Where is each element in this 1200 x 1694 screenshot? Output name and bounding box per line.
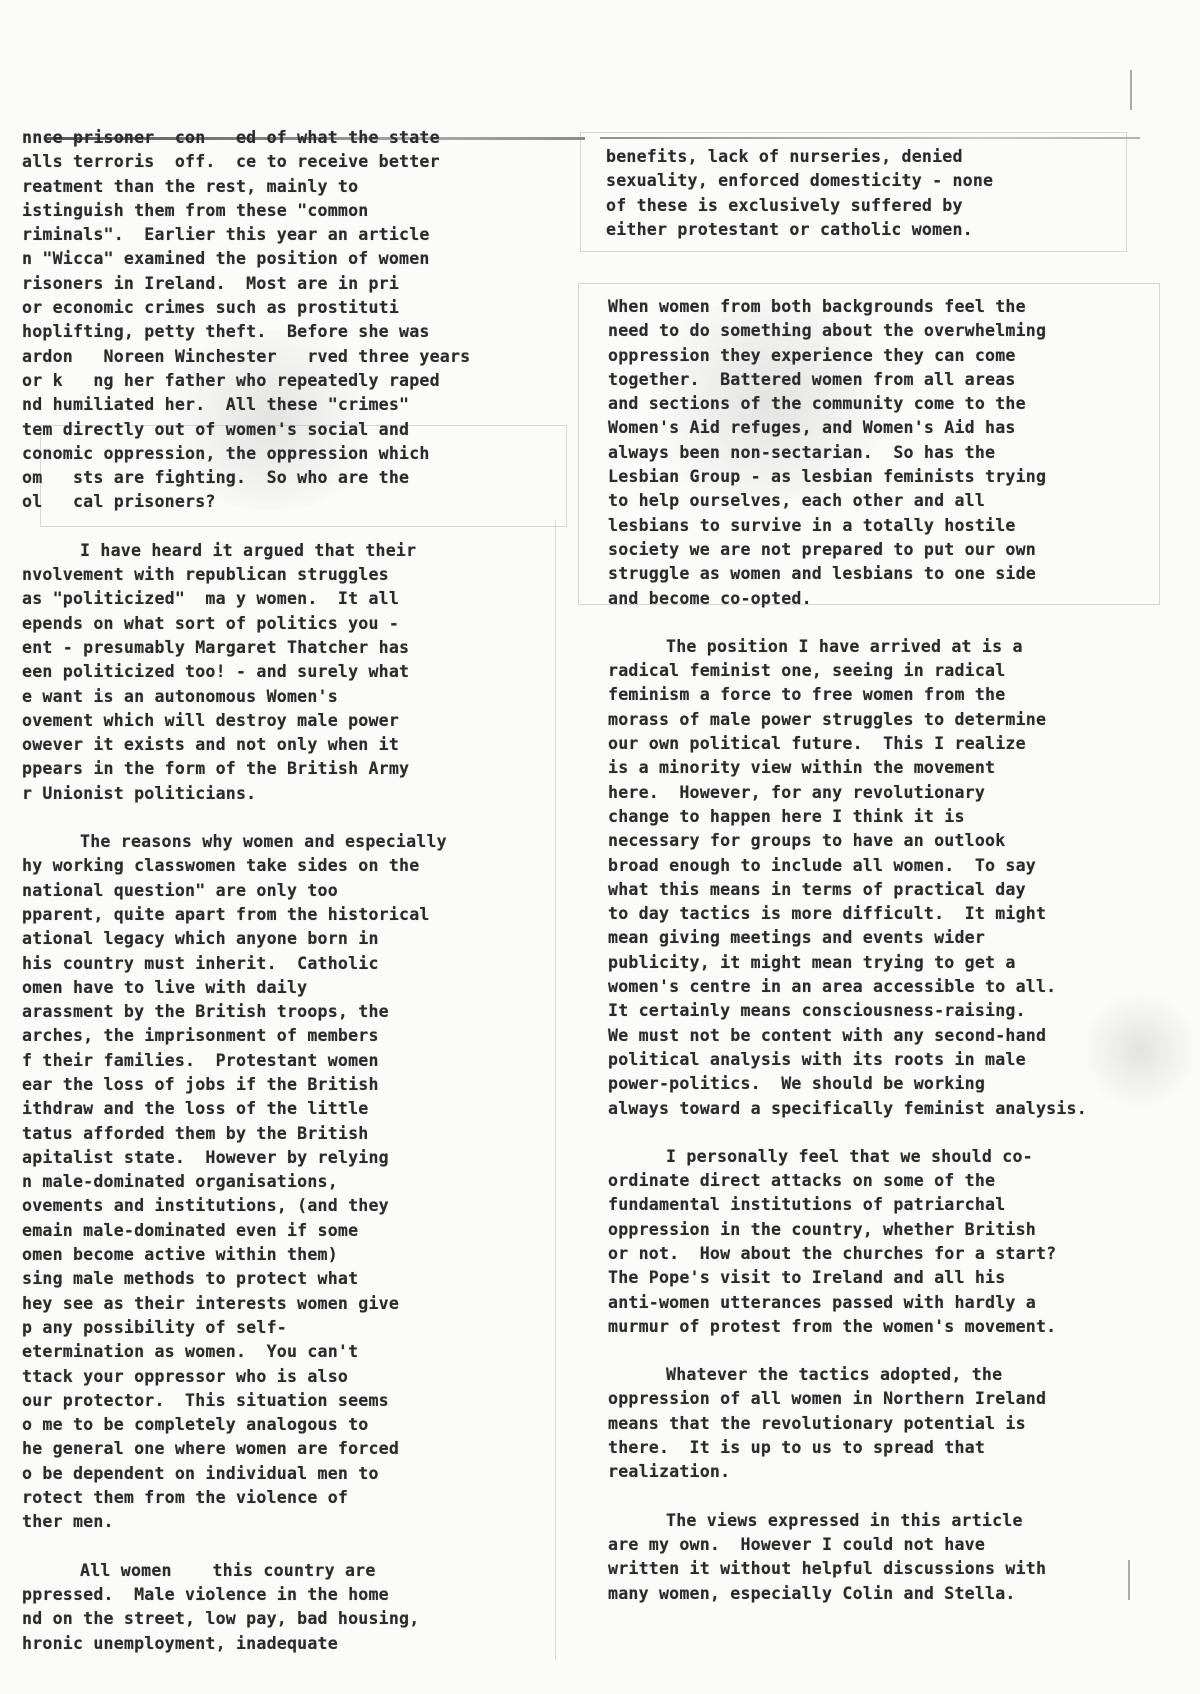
- text-line: written it without helpful discussions w…: [608, 1557, 1188, 1581]
- text-line: omen become active within them): [22, 1243, 582, 1267]
- text-line: always been non-sectarian. So has the: [608, 441, 1188, 465]
- text-line: ent - presumably Margaret Thatcher has: [22, 636, 582, 660]
- text-line: our own political future. This I realize: [608, 732, 1188, 756]
- text-line: pparent, quite apart from the historical: [22, 903, 582, 927]
- text-line: I have heard it argued that their: [22, 539, 582, 563]
- text-line: hey see as their interests women give: [22, 1292, 582, 1316]
- text-line: lesbians to survive in a totally hostile: [608, 514, 1188, 538]
- text-line: to day tactics is more difficult. It mig…: [608, 902, 1188, 926]
- text-line: nd on the street, low pay, bad housing,: [22, 1607, 582, 1631]
- paragraph-gap: [22, 1535, 582, 1559]
- text-line: ational legacy which anyone born in: [22, 927, 582, 951]
- right-column-top-box: benefits, lack of nurseries, deniedsexua…: [606, 145, 1176, 242]
- left-column: nnce prisoner con ed of what the stateal…: [22, 126, 582, 1656]
- text-line: are my own. However I could not have: [608, 1533, 1188, 1557]
- text-line: n "Wicca" examined the position of women: [22, 247, 582, 271]
- text-line: benefits, lack of nurseries, denied: [606, 145, 1176, 169]
- paragraph-gap: [608, 1339, 1188, 1363]
- text-line: ithdraw and the loss of the little: [22, 1097, 582, 1121]
- text-line: necessary for groups to have an outlook: [608, 829, 1188, 853]
- text-line: p any possibility of self-: [22, 1316, 582, 1340]
- text-line: change to happen here I think it is: [608, 805, 1188, 829]
- text-line: epends on what sort of politics you -: [22, 612, 582, 636]
- text-line: ear the loss of jobs if the British: [22, 1073, 582, 1097]
- text-line: When women from both backgrounds feel th…: [608, 295, 1188, 319]
- text-line: e want is an autonomous Women's: [22, 685, 582, 709]
- text-line: morass of male power struggles to determ…: [608, 708, 1188, 732]
- text-line: mean giving meetings and events wider: [608, 926, 1188, 950]
- text-line: means that the revolutionary potential i…: [608, 1412, 1188, 1436]
- text-line: sing male methods to protect what: [22, 1267, 582, 1291]
- text-line: national question" are only too: [22, 879, 582, 903]
- text-line: he general one where women are forced: [22, 1437, 582, 1461]
- text-line: r Unionist politicians.: [22, 782, 582, 806]
- text-line: here. However, for any revolutionary: [608, 781, 1188, 805]
- text-line: anti-women utterances passed with hardly…: [608, 1291, 1188, 1315]
- text-line: etermination as women. You can't: [22, 1340, 582, 1364]
- paragraph-gap: [608, 1485, 1188, 1509]
- text-line: nvolvement with republican struggles: [22, 563, 582, 587]
- text-line: or k ng her father who repeatedly raped: [22, 369, 582, 393]
- text-line: oppression in the country, whether Briti…: [608, 1218, 1188, 1242]
- paragraph: All women this country areppressed. Male…: [22, 1559, 582, 1656]
- text-line: omen have to live with daily: [22, 976, 582, 1000]
- text-line: political analysis with its roots in mal…: [608, 1048, 1188, 1072]
- text-line: ordinate direct attacks on some of the: [608, 1169, 1188, 1193]
- text-line: ol cal prisoners?: [22, 490, 582, 514]
- text-line: our protector. This situation seems: [22, 1389, 582, 1413]
- text-line: rotect them from the violence of: [22, 1486, 582, 1510]
- text-line: fundamental institutions of patriarchal: [608, 1193, 1188, 1217]
- paragraph: The position I have arrived at is aradic…: [608, 635, 1188, 1121]
- text-line: always toward a specifically feminist an…: [608, 1097, 1188, 1121]
- paragraph-gap: [22, 806, 582, 830]
- text-line: apitalist state. However by relying: [22, 1146, 582, 1170]
- text-line: I personally feel that we should co-: [608, 1145, 1188, 1169]
- text-line: o me to be completely analogous to: [22, 1413, 582, 1437]
- text-line: hoplifting, petty theft. Before she was: [22, 320, 582, 344]
- text-line: publicity, it might mean trying to get a: [608, 951, 1188, 975]
- text-line: need to do something about the overwhelm…: [608, 319, 1188, 343]
- text-line: ovement which will destroy male power: [22, 709, 582, 733]
- paragraph: I personally feel that we should co-ordi…: [608, 1145, 1188, 1339]
- text-line: owever it exists and not only when it: [22, 733, 582, 757]
- text-line: radical feminist one, seeing in radical: [608, 659, 1188, 683]
- text-line: nnce prisoner con ed of what the state: [22, 126, 582, 150]
- text-line: of these is exclusively suffered by: [606, 194, 1176, 218]
- paragraph: Whatever the tactics adopted, theoppress…: [608, 1363, 1188, 1484]
- text-line: his country must inherit. Catholic: [22, 952, 582, 976]
- text-line: as "politicized" ma y women. It all: [22, 587, 582, 611]
- text-line: hronic unemployment, inadequate: [22, 1632, 582, 1656]
- text-line: Lesbian Group - as lesbian feminists try…: [608, 465, 1188, 489]
- text-line: om sts are fighting. So who are the: [22, 466, 582, 490]
- paragraph-gap: [608, 611, 1188, 635]
- text-line: hy working classwomen take sides on the: [22, 854, 582, 878]
- text-line: arassment by the British troops, the: [22, 1000, 582, 1024]
- text-line: nd humiliated her. All these "crimes": [22, 393, 582, 417]
- paragraph: The views expressed in this articleare m…: [608, 1509, 1188, 1606]
- text-line: The reasons why women and especially: [22, 830, 582, 854]
- text-line: arches, the imprisonment of members: [22, 1024, 582, 1048]
- text-line: is a minority view within the movement: [608, 756, 1188, 780]
- text-line: struggle as women and lesbians to one si…: [608, 562, 1188, 586]
- text-line: together. Battered women from all areas: [608, 368, 1188, 392]
- text-line: alls terroris off. ce to receive better: [22, 150, 582, 174]
- text-line: reatment than the rest, mainly to: [22, 175, 582, 199]
- right-column: When women from both backgrounds feel th…: [608, 295, 1188, 1606]
- text-line: society we are not prepared to put our o…: [608, 538, 1188, 562]
- paragraph: When women from both backgrounds feel th…: [608, 295, 1188, 611]
- text-line: Whatever the tactics adopted, the: [608, 1363, 1188, 1387]
- text-line: All women this country are: [22, 1559, 582, 1583]
- text-line: tem directly out of women's social and: [22, 418, 582, 442]
- text-line: f their families. Protestant women: [22, 1049, 582, 1073]
- scanned-document-page: nnce prisoner con ed of what the stateal…: [0, 0, 1200, 1694]
- text-line: oppression of all women in Northern Irel…: [608, 1387, 1188, 1411]
- text-line: een politicized too! - and surely what: [22, 660, 582, 684]
- text-line: emain male-dominated even if some: [22, 1219, 582, 1243]
- text-line: riminals". Earlier this year an article: [22, 223, 582, 247]
- text-line: many women, especially Colin and Stella.: [608, 1582, 1188, 1606]
- text-line: to help ourselves, each other and all: [608, 489, 1188, 513]
- text-line: or not. How about the churches for a sta…: [608, 1242, 1188, 1266]
- paragraph: nnce prisoner con ed of what the stateal…: [22, 126, 582, 515]
- text-line: ardon Noreen Winchester rved three years: [22, 345, 582, 369]
- text-line: ovements and institutions, (and they: [22, 1194, 582, 1218]
- text-line: sexuality, enforced domesticity - none: [606, 169, 1176, 193]
- text-line: women's centre in an area accessible to …: [608, 975, 1188, 999]
- text-line: We must not be content with any second-h…: [608, 1024, 1188, 1048]
- text-line: risoners in Ireland. Most are in pri: [22, 272, 582, 296]
- paragraph: benefits, lack of nurseries, deniedsexua…: [606, 145, 1176, 242]
- text-line: or economic crimes such as prostituti: [22, 296, 582, 320]
- text-line: Women's Aid refuges, and Women's Aid has: [608, 416, 1188, 440]
- text-line: ttack your oppressor who is also: [22, 1365, 582, 1389]
- text-line: broad enough to include all women. To sa…: [608, 854, 1188, 878]
- text-line: ppears in the form of the British Army: [22, 757, 582, 781]
- text-line: oppression they experience they can come: [608, 344, 1188, 368]
- text-line: n male-dominated organisations,: [22, 1170, 582, 1194]
- text-line: It certainly means consciousness-raising…: [608, 999, 1188, 1023]
- text-line: either protestant or catholic women.: [606, 218, 1176, 242]
- paragraph: I have heard it argued that theirnvolvem…: [22, 539, 582, 806]
- text-line: ppressed. Male violence in the home: [22, 1583, 582, 1607]
- scan-mark: [1130, 70, 1132, 110]
- text-line: murmur of protest from the women's movem…: [608, 1315, 1188, 1339]
- text-line: The Pope's visit to Ireland and all his: [608, 1266, 1188, 1290]
- text-line: and become co-opted.: [608, 587, 1188, 611]
- text-line: power-politics. We should be working: [608, 1072, 1188, 1096]
- text-line: what this means in terms of practical da…: [608, 878, 1188, 902]
- text-line: there. It is up to us to spread that: [608, 1436, 1188, 1460]
- text-line: conomic oppression, the oppression which: [22, 442, 582, 466]
- text-line: ther men.: [22, 1510, 582, 1534]
- text-line: The position I have arrived at is a: [608, 635, 1188, 659]
- text-line: istinguish them from these "common: [22, 199, 582, 223]
- text-line: tatus afforded them by the British: [22, 1122, 582, 1146]
- paragraph-gap: [22, 515, 582, 539]
- text-line: feminism a force to free women from the: [608, 683, 1188, 707]
- text-line: The views expressed in this article: [608, 1509, 1188, 1533]
- text-line: realization.: [608, 1460, 1188, 1484]
- text-line: and sections of the community come to th…: [608, 392, 1188, 416]
- text-line: o be dependent on individual men to: [22, 1462, 582, 1486]
- paragraph-gap: [608, 1121, 1188, 1145]
- paragraph: The reasons why women and especiallyhy w…: [22, 830, 582, 1535]
